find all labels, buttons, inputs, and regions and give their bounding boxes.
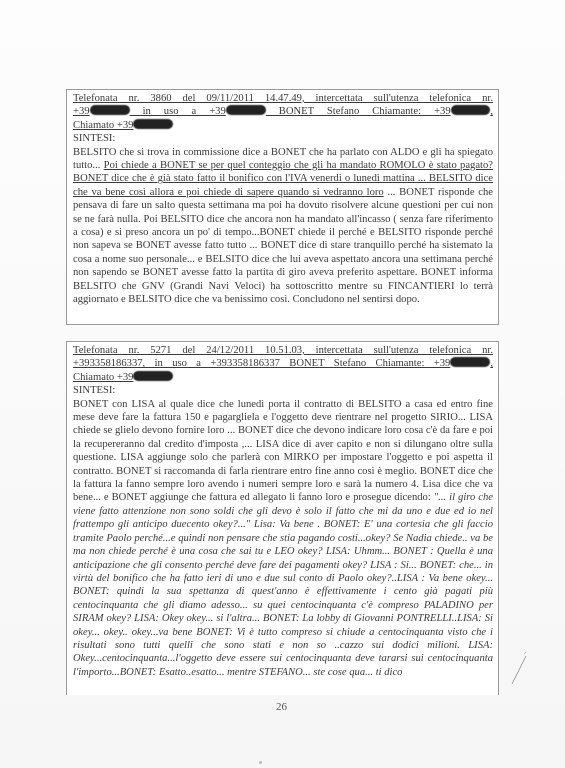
sintesi-label: SINTESI: [73,384,493,397]
header-text: , [490,358,493,369]
header-text: in uso a +39 [130,106,226,117]
scan-speck [259,761,262,764]
header-text: Chiamato +39 [73,120,133,131]
record-header-line-3: Chiamato +393358186337 [73,119,493,132]
redacted-number: 3358186337 [90,105,130,115]
summary-text: BONET con LISA al quale dice che lunedì … [73,399,493,504]
header-text: +393358186337, in uso a +393358186337 BO… [73,358,450,369]
record-header-line-2: +393358186337, in uso a +393358186337 BO… [73,357,493,370]
header-text: Chiamato +39 [73,372,133,383]
redacted-number: 3358186337 [450,357,490,367]
interception-record-5271: Telefonata nr. 5271 del 24/12/2011 10.51… [66,341,499,695]
header-text: , [490,106,493,117]
record-header-line-2: +393358186337 in uso a +393358186337 BON… [73,105,493,118]
record-header-line-1: Telefonata nr. 3860 del 09/11/2011 14.47… [73,92,493,105]
sintesi-label: SINTESI: [73,132,493,145]
redacted-number: 3358186337 [133,119,173,129]
interception-record-3860: Telefonata nr. 3860 del 09/11/2011 14.47… [66,89,499,325]
summary-italic-quote: "... il giro che viene fatto attenzione … [73,492,493,677]
pen-mark-icon [506,648,536,688]
page-number: 26 [276,701,287,713]
document-page: Telefonata nr. 3860 del 09/11/2011 14.47… [0,0,565,768]
redacted-number: 3358186337 [226,105,266,115]
redacted-number: 3929250622 [133,371,173,381]
record-summary: BELSITO che si trova in commissione dice… [73,146,493,307]
header-text: +39 [73,106,90,117]
record-summary: BONET con LISA al quale dice che lunedì … [73,398,493,680]
redacted-number: 3480113499 [451,105,491,115]
record-header-line-1: Telefonata nr. 5271 del 24/12/2011 10.51… [73,344,493,357]
summary-text: ... BONET risponde che pensava di fare u… [73,187,493,305]
header-text: BONET Stefano Chiamante: +39 [266,106,451,117]
record-header-line-3: Chiamato +393929250622 [73,371,493,384]
